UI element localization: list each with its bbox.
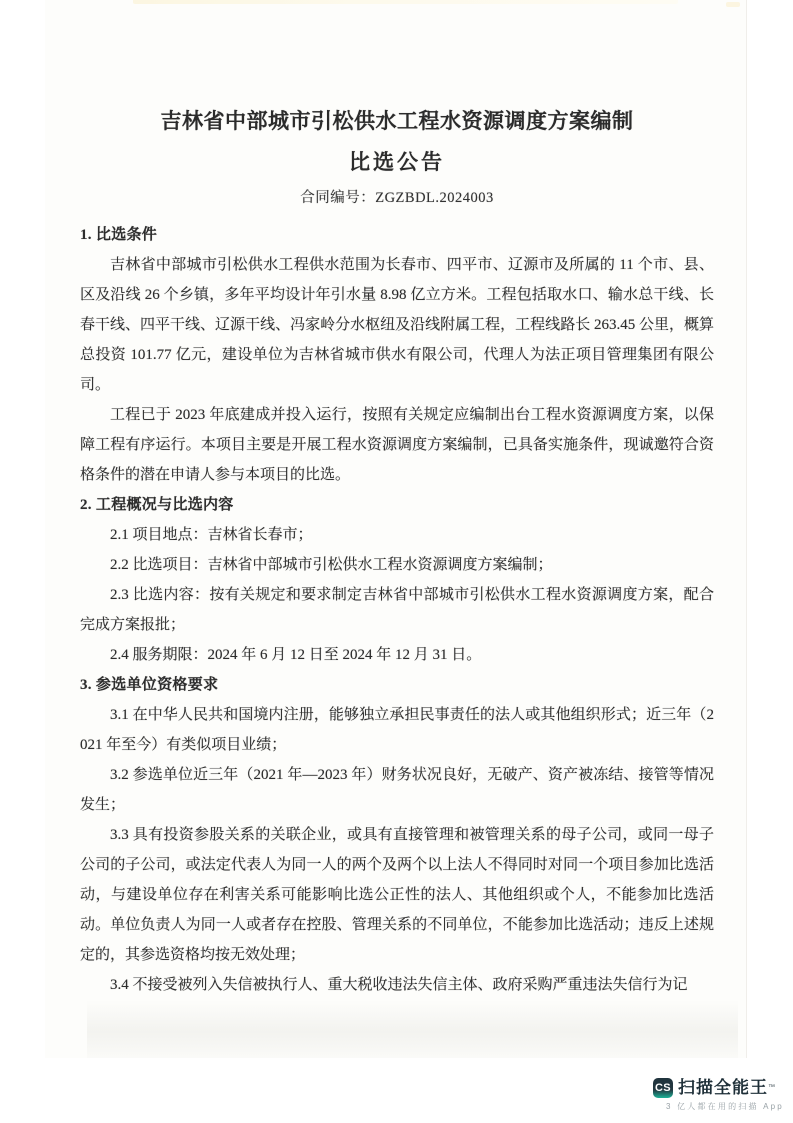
camscanner-tagline: 3 亿人都在用的扫描 App (666, 1101, 776, 1112)
paragraph: 2.2 比选项目：吉林省中部城市引松供水工程水资源调度方案编制； (80, 550, 714, 580)
camscanner-name: 扫描全能王™ (678, 1078, 776, 1098)
paragraph: 3.3 具有投资参股关系的关联企业，或具有直接管理和被管理关系的母子公司，或同一… (80, 820, 714, 970)
document-body: 1. 比选条件 吉林省中部城市引松供水工程供水范围为长春市、四平市、辽源市及所属… (80, 220, 714, 1000)
section-heading-1: 1. 比选条件 (80, 220, 714, 250)
document-title: 吉林省中部城市引松供水工程水资源调度方案编制 (80, 106, 714, 137)
scan-page: 吉林省中部城市引松供水工程水资源调度方案编制 比选公告 合同编号：ZGZBDL.… (45, 0, 747, 1058)
scan-artifact-corner (726, 2, 740, 7)
section-heading-3: 3. 参选单位资格要求 (80, 670, 714, 700)
paragraph: 3.1 在中华人民共和国境内注册，能够独立承担民事责任的法人或其他组织形式；近三… (80, 700, 714, 760)
camscanner-icon: CS (653, 1078, 673, 1098)
paragraph: 3.4 不接受被列入失信被执行人、重大税收违法失信主体、政府采购严重违法失信行为… (80, 970, 714, 1000)
camscanner-logo-row: CS 扫描全能王™ (666, 1078, 776, 1098)
paragraph: 2.1 项目地点：吉林省长春市； (80, 520, 714, 550)
camscanner-name-text: 扫描全能王 (678, 1078, 768, 1097)
paragraph: 2.3 比选内容：按有关规定和要求制定吉林省中部城市引松供水工程水资源调度方案，… (80, 580, 714, 640)
scan-artifact-bottom-shade (87, 1000, 738, 1058)
camscanner-icon-letters: CS (655, 1082, 671, 1094)
paragraph: 工程已于 2023 年底建成并投入运行，按照有关规定应编制出台工程水资源调度方案… (80, 400, 714, 490)
paragraph: 吉林省中部城市引松供水工程供水范围为长春市、四平市、辽源市及所属的 11 个市、… (80, 250, 714, 400)
document-subtitle: 比选公告 (80, 147, 714, 178)
camscanner-watermark: CS 扫描全能王™ 3 亿人都在用的扫描 App (666, 1078, 776, 1112)
contract-number: 合同编号：ZGZBDL.2024003 (80, 187, 714, 209)
document-content: 吉林省中部城市引松供水工程水资源调度方案编制 比选公告 合同编号：ZGZBDL.… (80, 0, 714, 1000)
section-heading-2: 2. 工程概况与比选内容 (80, 490, 714, 520)
paragraph: 3.2 参选单位近三年（2021 年—2023 年）财务状况良好，无破产、资产被… (80, 760, 714, 820)
trademark-symbol: ™ (768, 1084, 776, 1091)
paragraph: 2.4 服务期限：2024 年 6 月 12 日至 2024 年 12 月 31… (80, 640, 714, 670)
